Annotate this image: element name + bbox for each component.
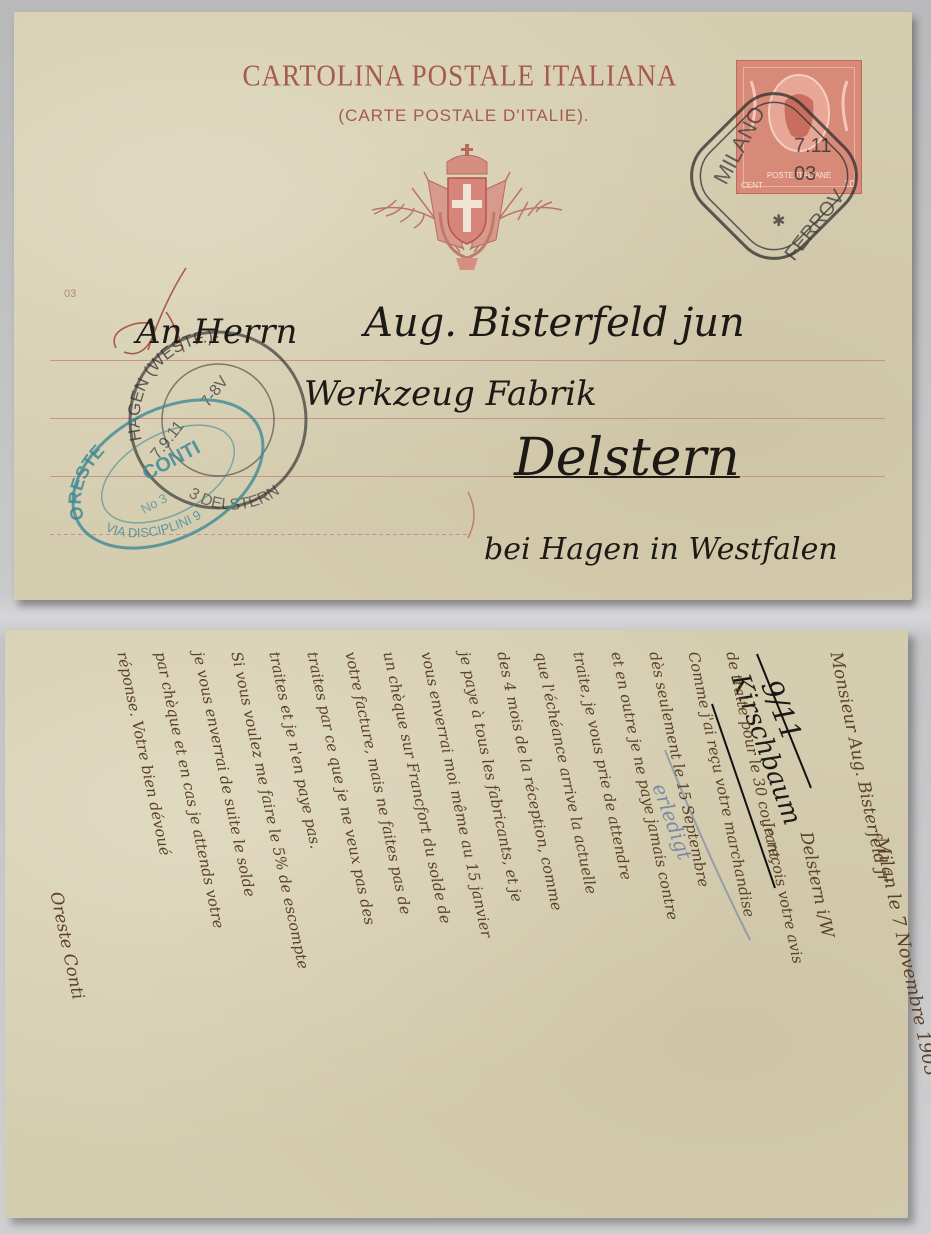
- svg-text:FERROV: FERROV: [781, 185, 850, 265]
- card-number: 03: [64, 288, 76, 300]
- address-city: Delstern: [514, 428, 740, 488]
- svg-text:ORESTE: ORESTE: [58, 438, 130, 527]
- svg-text:✱: ✱: [772, 213, 785, 230]
- svg-text:CONTI: CONTI: [139, 437, 204, 486]
- card-title: CARTOLINA POSTALE ITALIANA: [210, 58, 710, 94]
- oreste-conti-stamp: ORESTE VIA DISCIPLINI 9 CONTI No 3: [58, 394, 278, 554]
- card-subtitle: (CARTE POSTALE D'ITALIE).: [244, 106, 684, 126]
- address-brace: [464, 490, 484, 540]
- svg-text:VIA DISCIPLINI 9: VIA DISCIPLINI 9: [99, 481, 203, 554]
- coat-of-arms-icon: [352, 140, 582, 280]
- svg-text:7.11: 7.11: [794, 135, 831, 157]
- address-salutation: An Herrn: [136, 312, 297, 352]
- postcard-front: CARTOLINA POSTALE ITALIANA (CARTE POSTAL…: [14, 12, 912, 600]
- milano-postmark: MILANO 7.11 03 FERROV ✱: [654, 56, 894, 296]
- address-name: Aug. Bisterfeld jun: [364, 300, 745, 346]
- svg-text:03: 03: [794, 163, 816, 185]
- address-company: Werkzeug Fabrik: [304, 374, 597, 414]
- postcard-back: 9/11 Kirschbaum erledigt Milan le 7 Nove…: [5, 630, 908, 1218]
- svg-text:No 3: No 3: [138, 490, 169, 516]
- address-region: bei Hagen in Westfalen: [484, 532, 838, 567]
